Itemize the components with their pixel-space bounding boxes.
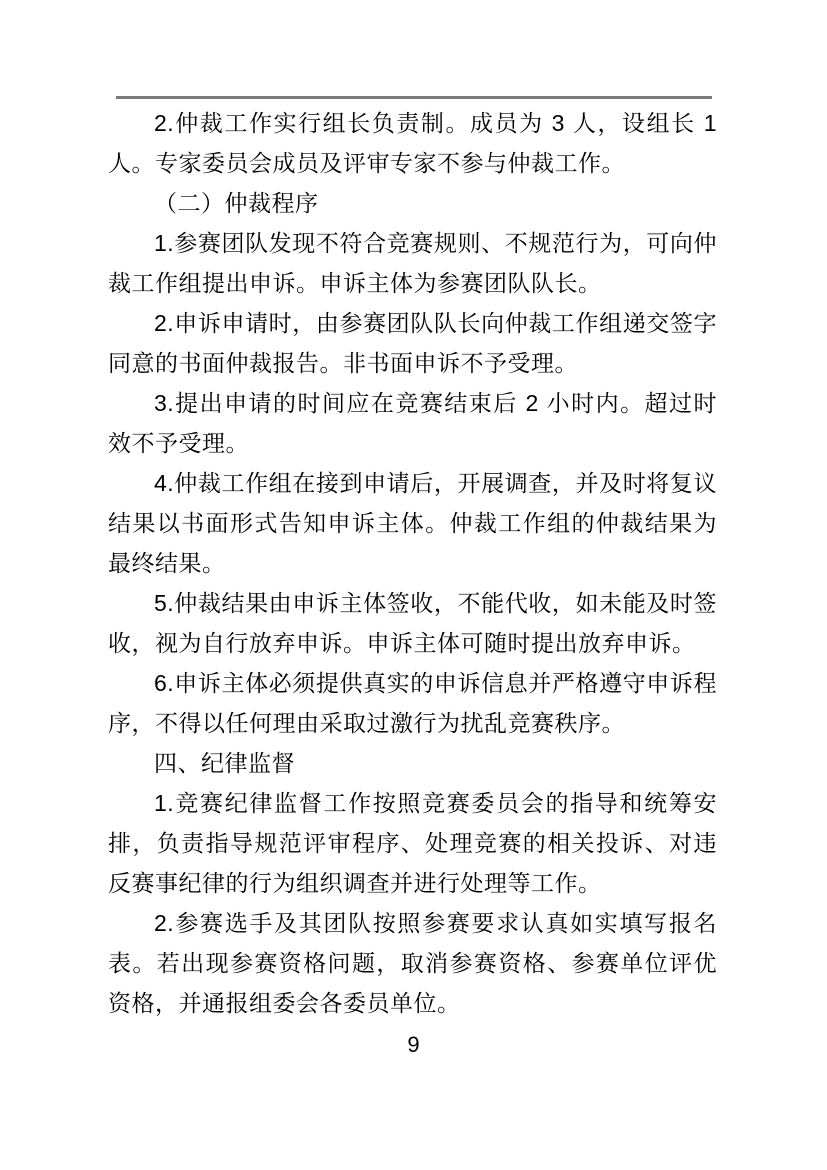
paragraph-result-signing: 5.仲裁结果由申诉主体签收，不能代收，如未能及时签收，视为自行放弃申诉。申诉主体… <box>108 583 717 663</box>
document-body: 2.仲裁工作实行组长负责制。成员为 3 人，设组长 1 人。专家委员会成员及评审… <box>108 96 717 1023</box>
paragraph-investigation-result: 4.仲裁工作组在接到申请后，开展调查，并及时将复议结果以书面形式告知申诉主体。仲… <box>108 463 717 583</box>
paragraph-registration-form: 2.参赛选手及其团队按照参赛要求认真如实填写报名表。若出现参赛资格问题，取消参赛… <box>108 903 717 1023</box>
document-page: 2.仲裁工作实行组长负责制。成员为 3 人，设组长 1 人。专家委员会成员及评审… <box>0 0 827 1170</box>
paragraph-appeal-filing: 1.参赛团队发现不符合竞赛规则、不规范行为，可向仲裁工作组提出申诉。申诉主体为参… <box>108 223 717 303</box>
paragraph-arbitration-group: 2.仲裁工作实行组长负责制。成员为 3 人，设组长 1 人。专家委员会成员及评审… <box>108 103 717 183</box>
paragraph-appeal-written-report: 2.申诉申请时，由参赛团队队长向仲裁工作组递交签字同意的书面仲裁报告。非书面申诉… <box>108 303 717 383</box>
paragraph-truthful-information: 6.申诉主体必须提供真实的申诉信息并严格遵守申诉程序，不得以任何理由采取过激行为… <box>108 663 717 743</box>
header-rule-divider <box>116 96 712 99</box>
page-number: 9 <box>0 1030 827 1060</box>
paragraph-discipline-supervision-work: 1.竞赛纪律监督工作按照竞赛委员会的指导和统筹安排，负责指导规范评审程序、处理竞… <box>108 783 717 903</box>
section-heading-discipline-supervision: 四、纪律监督 <box>108 743 717 783</box>
paragraph-appeal-time-limit: 3.提出申请的时间应在竞赛结束后 2 小时内。超过时效不予受理。 <box>108 383 717 463</box>
section-heading-arbitration-procedure: （二）仲裁程序 <box>108 183 717 223</box>
